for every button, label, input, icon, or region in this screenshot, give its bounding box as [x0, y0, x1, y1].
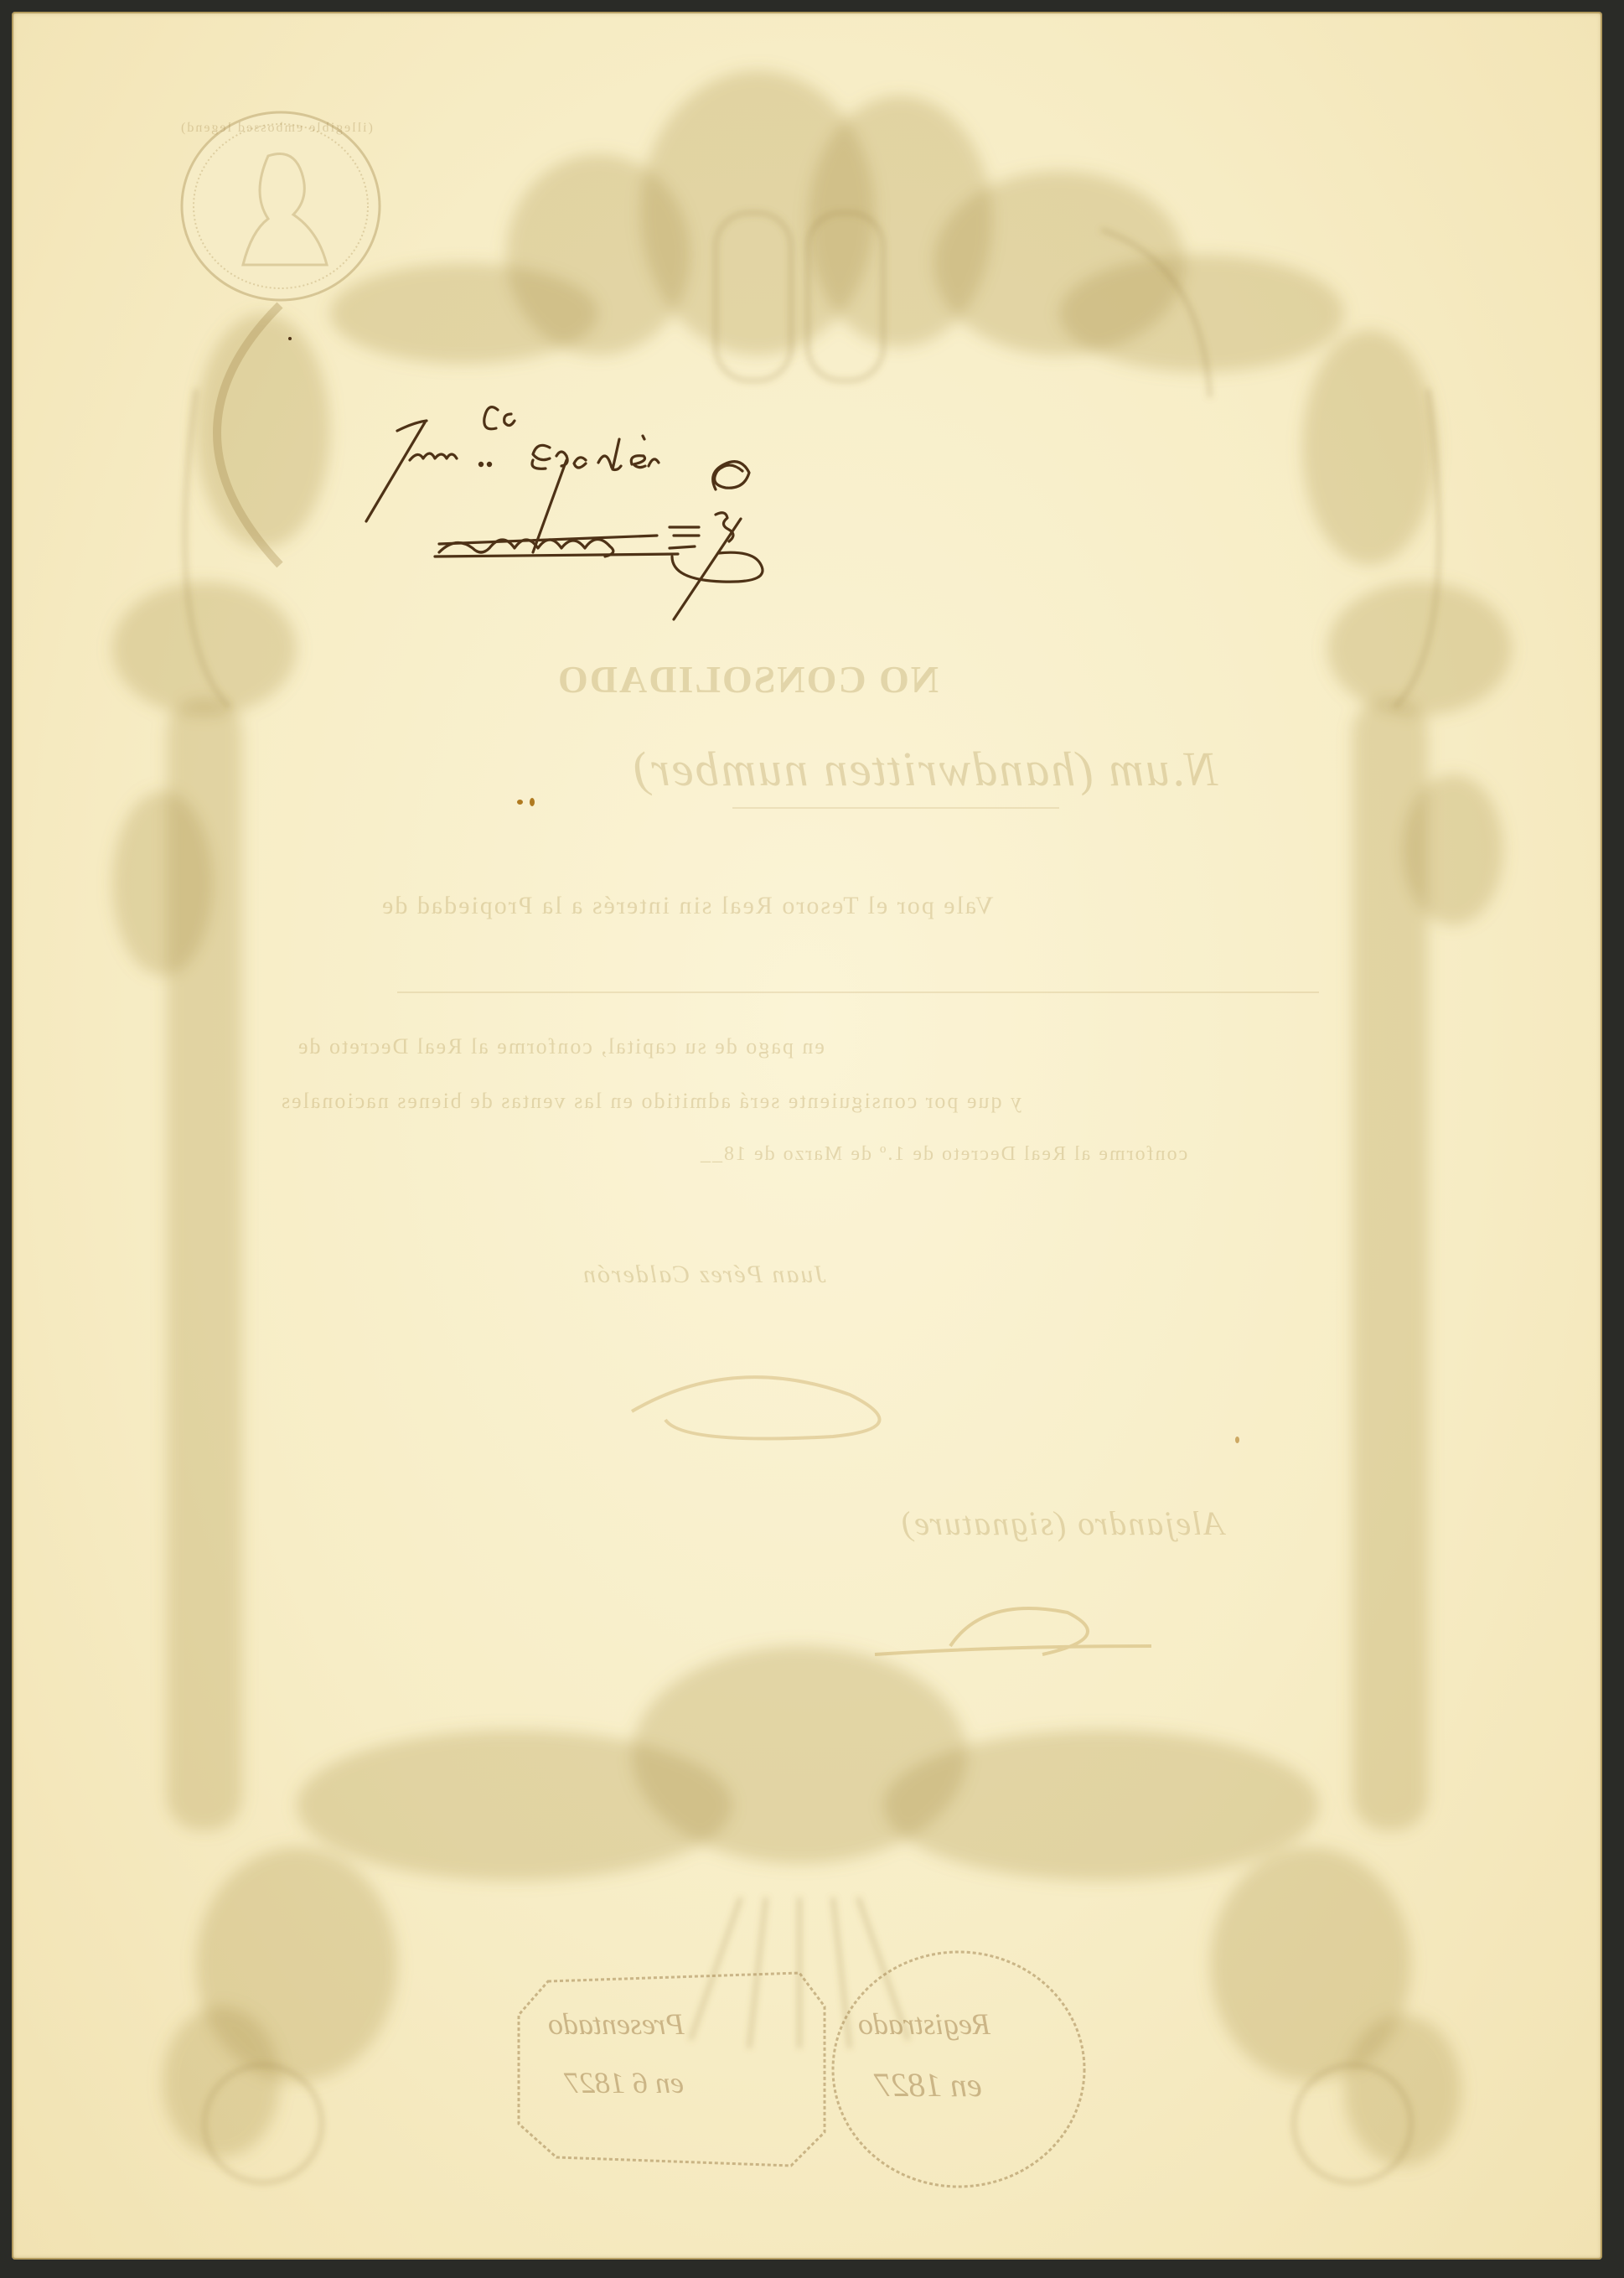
show-through-rubric-2-icon	[866, 1587, 1168, 1680]
handwritten-endorsement	[347, 389, 816, 624]
foxing-spot	[288, 337, 292, 340]
stamp-1-line-1: Presentado	[548, 2006, 685, 2042]
show-through-bottom-name: Alejandro (signature)	[900, 1504, 1224, 1543]
seal-legend: (illegible embossed legend)	[179, 121, 373, 136]
foxing-spot	[1235, 1437, 1239, 1443]
stamp-1-line-2: en 6 1827	[565, 2065, 684, 2100]
show-through-rubric-icon	[615, 1353, 1051, 1453]
foxing-spot	[517, 800, 523, 805]
stamp-2-line-1: Registrado	[858, 2006, 990, 2042]
embossed-seal-icon	[168, 106, 394, 307]
document-paper: (illegible embossed legend) NO CONSOLIDA…	[12, 12, 1602, 2260]
show-through-body-line-3: en pago de su capital, conforme al Real …	[297, 1034, 825, 1059]
foxing-spot	[530, 798, 535, 806]
show-through-body-line-1: Vale por el Tesoro Real sin interés a la…	[380, 892, 994, 920]
show-through-signature-line: Juan Pérez Calderón	[582, 1261, 826, 1289]
show-through-body-line-4: y que por consiguiente será admitido en …	[280, 1089, 1021, 1114]
stamp-2-line-2: en 1827	[875, 2065, 982, 2105]
show-through-number: N.um (handwritten number)	[632, 741, 1218, 797]
show-through-body-line-5: conforme al Real Decreto de 1.º de Marzo…	[699, 1143, 1187, 1166]
show-through-title: NO CONSOLIDADO	[556, 657, 939, 702]
faded-stamp-icon	[163, 297, 288, 573]
